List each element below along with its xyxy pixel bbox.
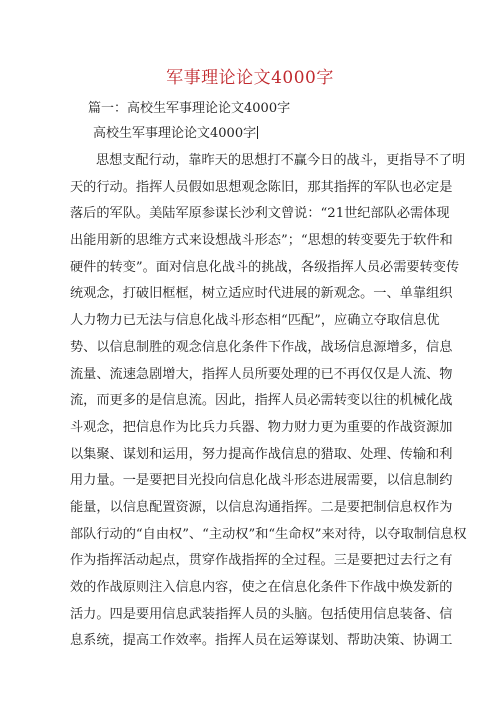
text-cursor <box>257 126 258 139</box>
section-heading: 高校生军事理论论文4000字 <box>93 122 258 141</box>
paragraph-line: 思想支配行动，靠昨天的思想打不赢今日的战斗，更指导不了明 <box>70 148 433 175</box>
paragraph-line: 出能用新的思维方式来设想战斗形态”；“思想的转变要先于软件和 <box>70 228 433 255</box>
paragraph-line: 流，而更多的是信息流。因此，指挥人员必需转变以往的机械化战 <box>70 388 433 415</box>
document-title: 军事理论论文4000字 <box>0 63 500 88</box>
paragraph-line: 效的作战原则注入信息内容，使之在信息化条件下作战中焕发新的 <box>70 575 433 602</box>
paragraph-line: 能量，以信息配置资源，以信息沟通指挥。二是要把制信息权作为 <box>70 495 433 522</box>
paragraph-line: 硬件的转变”。面对信息化战斗的挑战，各级指挥人员必需要转变传 <box>70 255 433 282</box>
document-subtitle: 篇一：高校生军事理论论文4000字 <box>88 97 290 116</box>
body-paragraph: 思想支配行动，靠昨天的思想打不赢今日的战斗，更指导不了明 天的行动。指挥人员假如… <box>70 148 433 655</box>
document-page: 军事理论论文4000字 篇一：高校生军事理论论文4000字 高校生军事理论论文4… <box>0 0 500 707</box>
paragraph-line: 落后的军队。美陆军原参谋长沙利文曾说：“21世纪部队必需体现 <box>70 201 433 228</box>
paragraph-line: 活力。四是要用信息武装指挥人员的头脑。包括使用信息装备、信 <box>70 602 433 629</box>
paragraph-line: 流量、流速急剧增大，指挥人员所要处理的已不再仅仅是人流、物 <box>70 362 433 389</box>
paragraph-line: 用力量。一是要把目光投向信息化战斗形态进展需要，以信息制约 <box>70 468 433 495</box>
paragraph-line: 部队行动的“自由权”、“主动权”和“生命权”来对待，以夺取制信息权 <box>70 522 433 549</box>
paragraph-line: 斗观念，把信息作为比兵力兵器、物力财力更为重要的作战资源加 <box>70 415 433 442</box>
paragraph-line: 以集聚、谋划和运用，努力提高作战信息的猎取、处理、传输和利 <box>70 442 433 469</box>
paragraph-line: 天的行动。指挥人员假如思想观念陈旧，那其指挥的军队也必定是 <box>70 175 433 202</box>
section-heading-text: 高校生军事理论论文4000字 <box>93 126 256 141</box>
paragraph-line: 人力物力已无法与信息化战斗形态相“匹配”，应确立夺取信息优 <box>70 308 433 335</box>
paragraph-line: 统观念，打破旧框框，树立适应时代进展的新观念。一、单靠组织 <box>70 281 433 308</box>
paragraph-line: 作为指挥活动起点，贯穿作战指挥的全过程。三是要把过去行之有 <box>70 548 433 575</box>
paragraph-line: 势、以信息制胜的观念信息化条件下作战，战场信息源增多，信息 <box>70 335 433 362</box>
paragraph-line: 息系统，提高工作效率。指挥人员在运筹谋划、帮助决策、协调工 <box>70 628 433 655</box>
